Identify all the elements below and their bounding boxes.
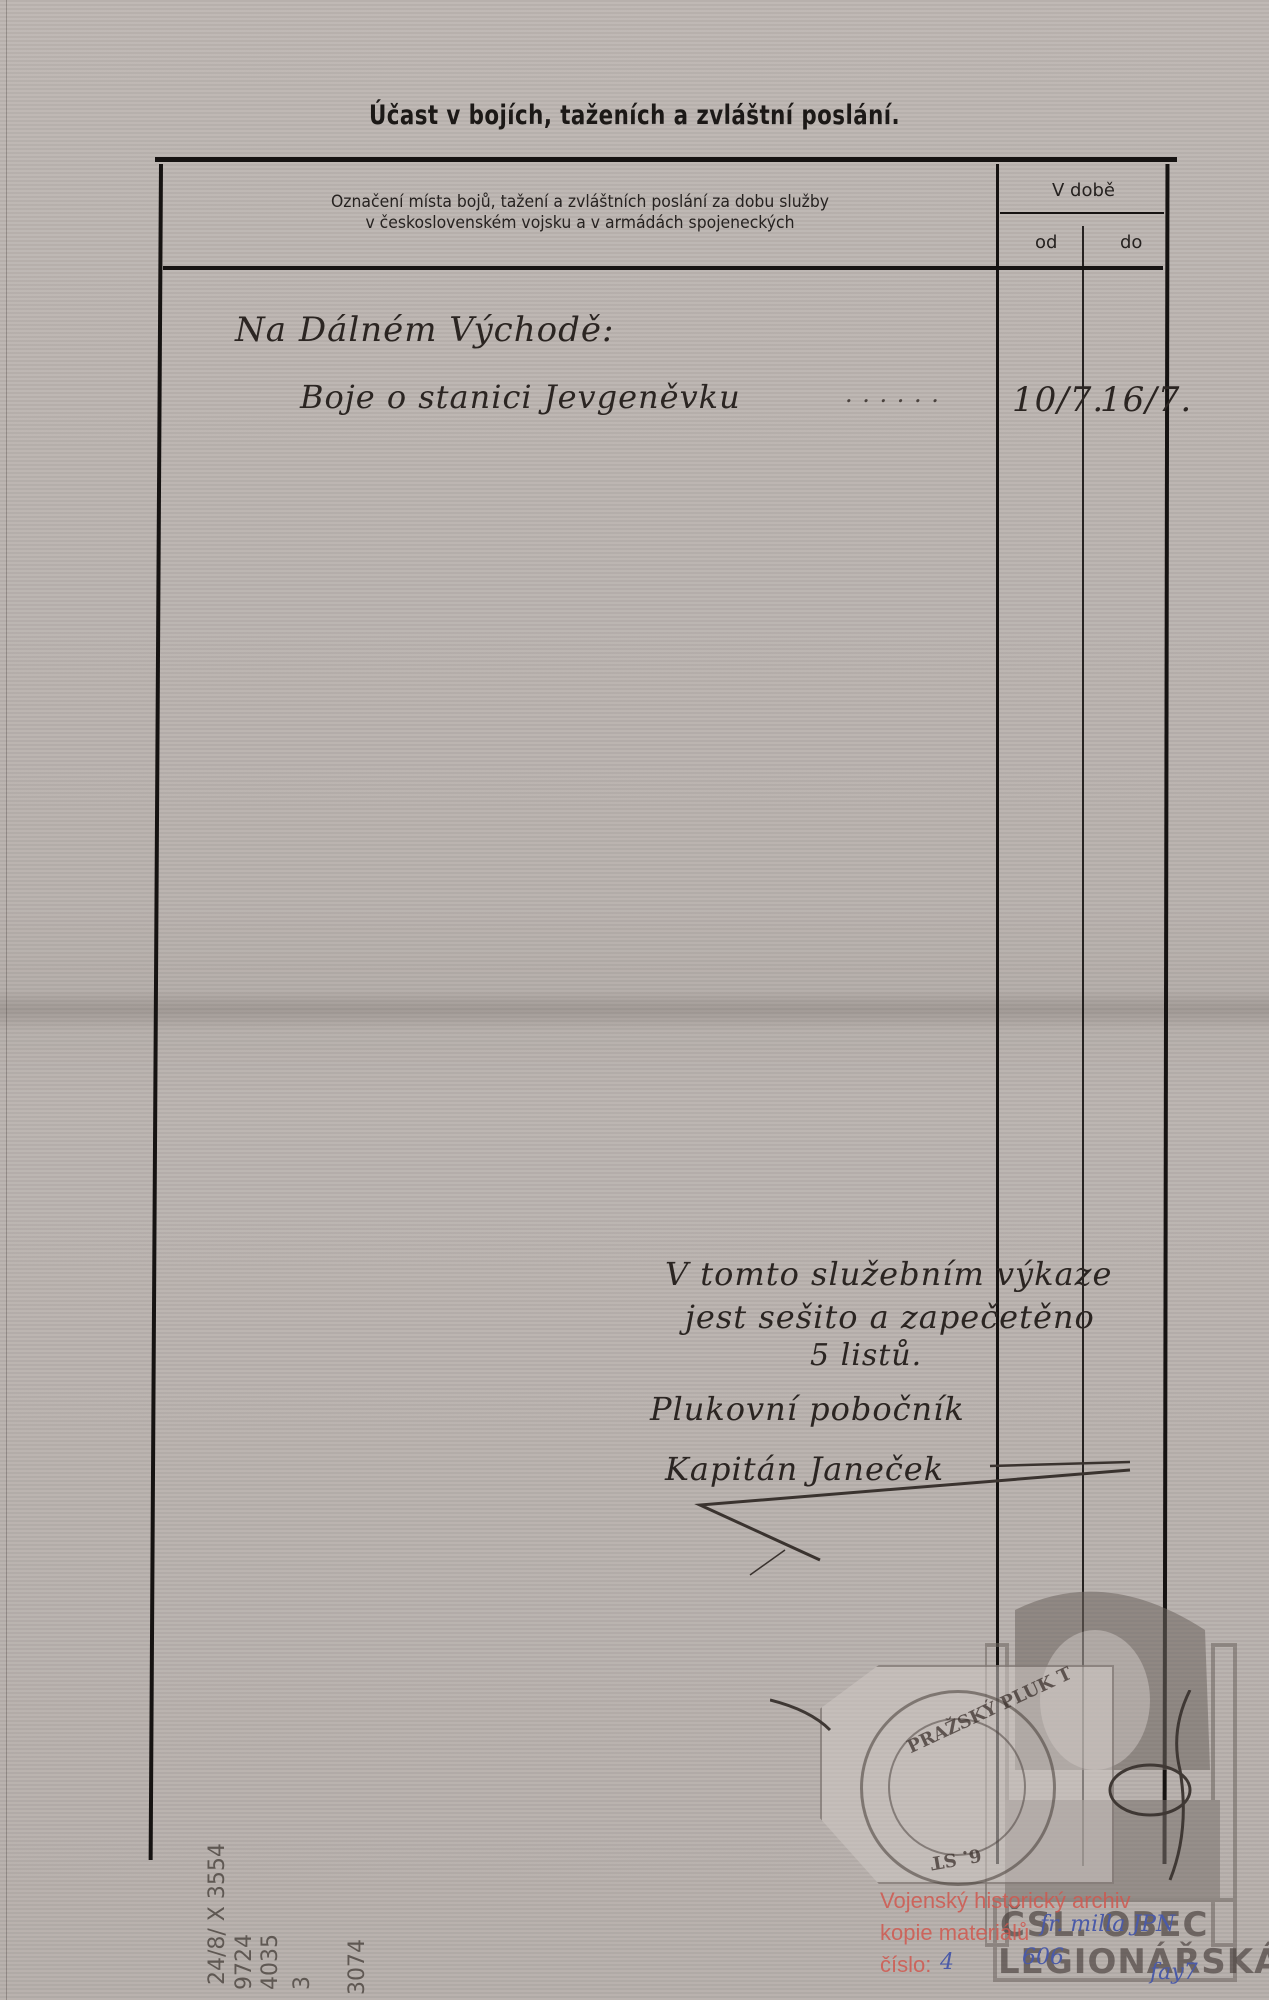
section-heading-far-east: Na Dálném Východě:	[235, 310, 614, 350]
period-subheader-rule	[1000, 212, 1164, 214]
pencil-note-5: 3074	[345, 1939, 370, 1995]
archive-note-1: fr. milla JPN	[1040, 1912, 1175, 1937]
header-line-1: Označení místa bojů, tažení a zvláštních…	[194, 192, 967, 213]
archive-number: 4	[940, 1950, 954, 1975]
column-header-period: V době	[1052, 180, 1115, 201]
attestation-line-2: jest sešito a zapečetěno	[685, 1298, 1095, 1336]
paper-fold-crease	[0, 990, 1269, 1030]
entry-leader-dots: . . . . . .	[845, 380, 940, 408]
attestation-line-1: V tomto služebním výkaze	[665, 1255, 1112, 1293]
column-header-to: do	[1120, 232, 1142, 253]
table-top-rule	[155, 157, 1177, 162]
archive-note-3: fay7	[1150, 1960, 1198, 1985]
pencil-note-2: 9724	[232, 1934, 257, 1990]
binding-string	[770, 1690, 1240, 1890]
archive-stamp-line-2: kopie materiálů	[880, 1917, 1029, 1949]
pencil-note-1: 24/8/ X 3554	[205, 1843, 230, 1985]
archive-note-2: 606	[1022, 1945, 1064, 1970]
attestation-line-3: 5 listů.	[810, 1338, 922, 1373]
entry-date-to: 16/7.	[1100, 380, 1192, 420]
entry-date-from: 10/7.	[1012, 380, 1104, 420]
entry-description: Boje o stanici Jevgeněvku	[300, 378, 741, 416]
signature-flourish	[690, 1460, 1140, 1580]
paper-edge-line	[6, 0, 7, 2000]
page-title: Účast v bojích, taženích a zvláštní posl…	[76, 100, 1193, 131]
column-header-from: od	[1035, 232, 1057, 253]
header-bottom-rule	[163, 266, 1163, 270]
header-line-2: v československém vojsku a v armádách sp…	[194, 213, 967, 234]
column-header-description: Označení místa bojů, tažení a zvláštních…	[194, 192, 967, 234]
signer-role: Plukovní pobočník	[650, 1390, 965, 1428]
archive-stamp-line-3: číslo:	[880, 1949, 931, 1981]
pencil-note-3: 4035	[258, 1934, 283, 1990]
pencil-note-4: 3	[290, 1976, 315, 1990]
